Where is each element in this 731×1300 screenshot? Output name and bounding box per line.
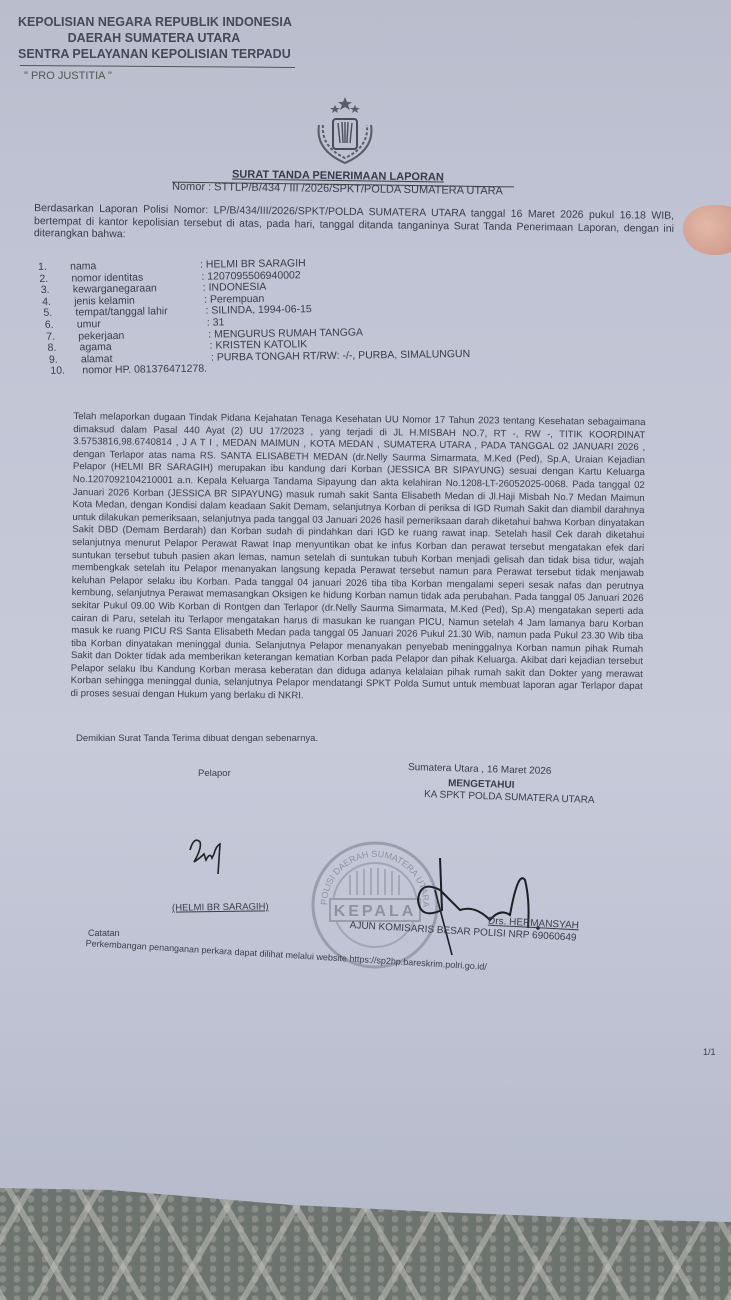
report-body: Telah melaporkan dugaan Tindak Pidana Ke… [70, 411, 645, 707]
letterhead-line-1: KEPOLISIAN NEGARA REPUBLIK INDONESIA [18, 14, 290, 30]
identity-number: 1. [38, 262, 70, 274]
identity-value: : 31 [207, 317, 225, 329]
identity-list: 1.nama: HELMI BR SARAGIH2.nomor identita… [38, 256, 470, 378]
police-emblem-icon [305, 95, 385, 167]
note-label: Catatan [88, 928, 120, 938]
pro-justitia: " PRO JUSTITIA " [24, 70, 112, 82]
closing-statement: Demikian Surat Tanda Terima dibuat denga… [76, 733, 318, 744]
officer-signature [380, 850, 550, 960]
acknowledged-label: MENGETAHUI [448, 778, 515, 791]
letterhead-line-2: DAERAH SUMATERA UTARA [18, 30, 290, 46]
reporter-name: (HELMI BR SARAGIH) [172, 901, 269, 913]
identity-number: 10. [50, 366, 82, 378]
identity-number: 6. [45, 319, 77, 331]
letterhead-line-3: SENTRA PELAYANAN KEPOLISIAN TERPADU [18, 46, 290, 62]
reporter-signature [186, 832, 236, 877]
page-number: 1/1 [703, 1047, 716, 1057]
letterhead: KEPOLISIAN NEGARA REPUBLIK INDONESIA DAE… [18, 14, 290, 62]
identity-label: nomor HP. 081376471278. [82, 364, 207, 377]
reporter-label: Pelapor [198, 768, 231, 779]
intro-paragraph: Berdasarkan Laporan Polisi Nomor: LP/B/4… [34, 202, 674, 247]
